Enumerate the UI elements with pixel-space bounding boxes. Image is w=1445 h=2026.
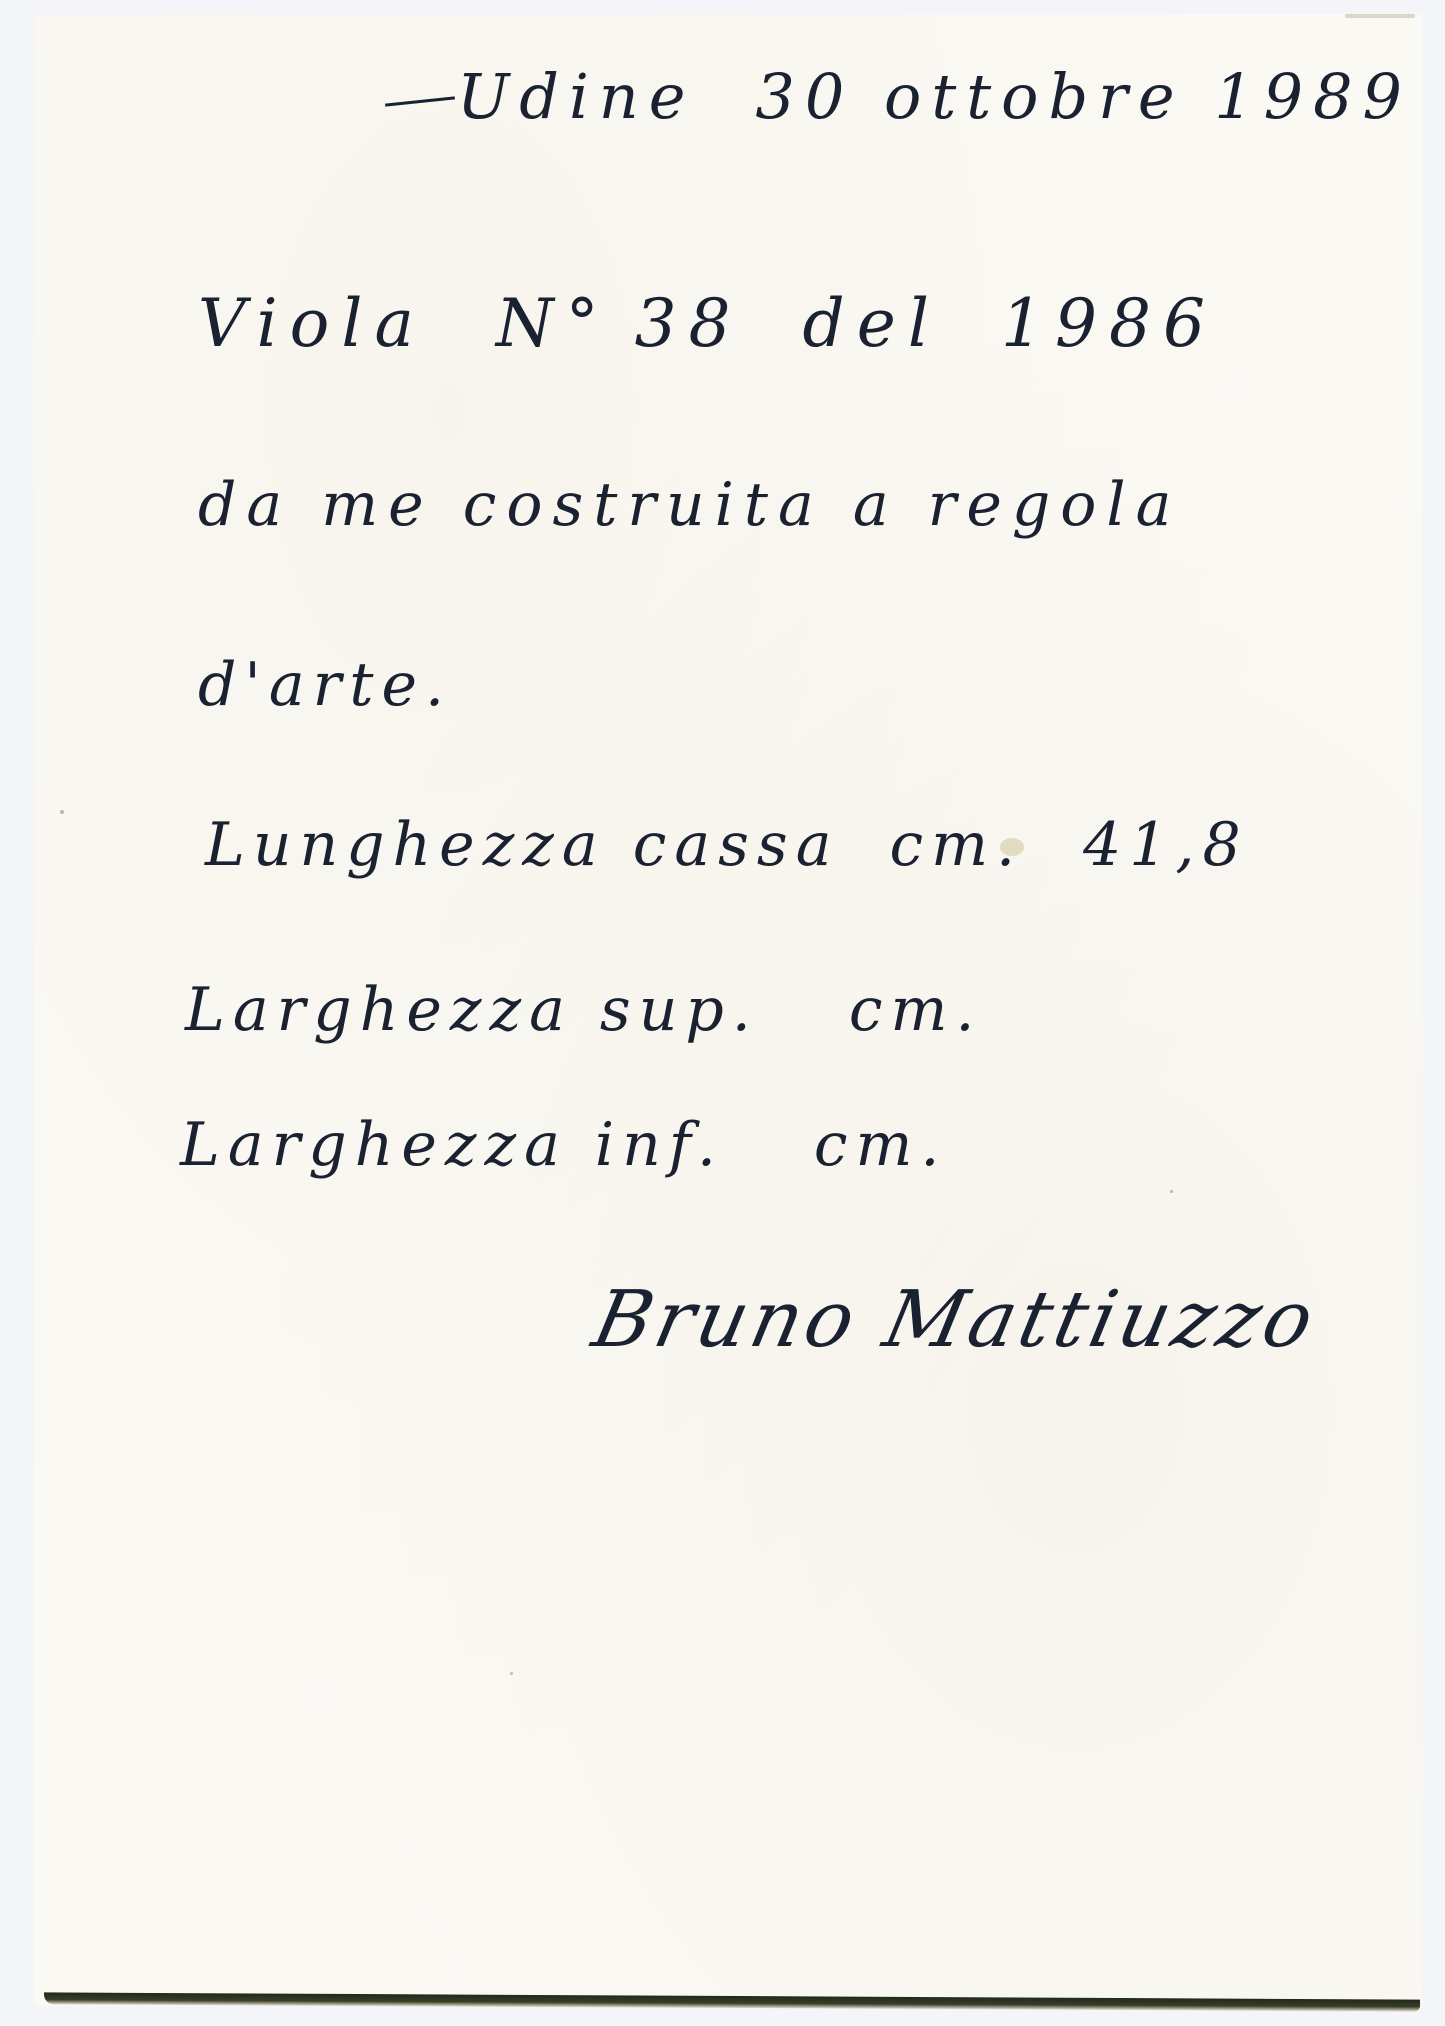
- measurement-label: Larghezza inf.: [180, 1110, 724, 1180]
- measurement-unit: cm.: [849, 975, 983, 1045]
- measurement-unit: cm.: [814, 1110, 948, 1180]
- header-place: Udine: [457, 60, 695, 133]
- instrument-number: 38: [635, 285, 743, 362]
- year-label: del: [803, 285, 941, 362]
- maker-signature: Bruno Mattiuzzo: [585, 1275, 1324, 1365]
- number-label: N°: [496, 285, 611, 362]
- body-line-2: d'arte.: [198, 650, 452, 720]
- header-place-date: Udine30 ottobre 1989: [385, 60, 1412, 133]
- measurement-label: Larghezza sup.: [185, 975, 759, 1045]
- paper-edge-shade: [1345, 14, 1415, 18]
- document-title: ViolaN°38del1986: [198, 285, 1217, 362]
- place-flourish: [385, 97, 455, 107]
- paper-speck: [1170, 1190, 1173, 1193]
- body-line-1: da me costruita a regola: [198, 470, 1181, 540]
- measurement-row: Lunghezza cassacm.41,8: [205, 810, 1249, 880]
- measurement-value: 41,8: [1083, 810, 1249, 880]
- paper-speck: [60, 810, 64, 814]
- header-date: 30 ottobre 1989: [755, 60, 1412, 133]
- paper-stain: [1000, 838, 1024, 856]
- measurement-row: Larghezza inf.cm.: [180, 1110, 947, 1180]
- instrument-name: Viola: [198, 285, 426, 362]
- paper-speck: [510, 1672, 513, 1675]
- instrument-year: 1986: [1001, 285, 1217, 362]
- measurement-row: Larghezza sup.cm.: [185, 975, 982, 1045]
- measurement-label: Lunghezza cassa: [205, 810, 839, 880]
